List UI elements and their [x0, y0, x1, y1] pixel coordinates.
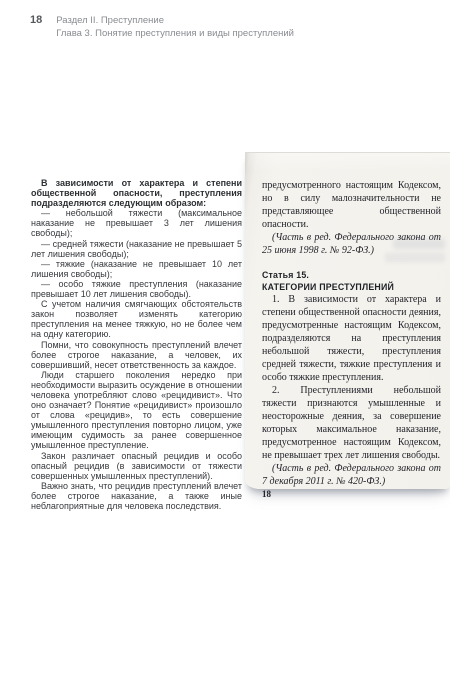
article-heading: Статья 15. КАТЕГОРИИ ПРЕСТУПЛЕНИЙ: [262, 269, 441, 293]
article-clause: 2. Преступлениями небольшой тяжести приз…: [262, 384, 441, 462]
category-list-item: — средней тяжести (наказание не превышае…: [31, 239, 242, 259]
header-page-number: 18: [30, 14, 42, 27]
body-paragraph: Люди старшего поколения нередко при необ…: [31, 370, 242, 451]
header-section-line: Раздел II. Преступление: [56, 14, 294, 27]
body-paragraph: Важно знать, что рецидив преступлений вл…: [31, 481, 242, 511]
category-list-item: — тяжкие (наказание не превышает 10 лет …: [31, 259, 242, 279]
body-paragraph: Закон различает опасный рецидив и особо …: [31, 451, 242, 481]
body-paragraph: Помни, что совокупность преступлений вле…: [31, 340, 242, 370]
article-title: КАТЕГОРИИ ПРЕСТУПЛЕНИЙ: [262, 281, 441, 293]
amendment-note: (Часть в ред. Федерального закона от 25 …: [262, 231, 441, 257]
header-breadcrumb: Раздел II. Преступление Глава 3. Понятие…: [56, 14, 294, 40]
category-list-item: — особо тяжкие преступления (наказание п…: [31, 279, 242, 299]
left-column: В зависимости от характера и степени общ…: [31, 178, 242, 511]
continuation-paragraph: предусмотренного настоящим Кодексом, но …: [262, 179, 441, 231]
body-paragraph: С учетом наличия смягчающих обстоятельст…: [31, 299, 242, 339]
running-header: 18 Раздел II. Преступление Глава 3. Поня…: [30, 14, 294, 40]
intro-paragraph: В зависимости от характера и степени общ…: [31, 178, 242, 208]
book-page-photo: предусмотренного настоящим Кодексом, но …: [245, 152, 450, 489]
category-list-item: — небольшой тяжести (максимальное наказа…: [31, 208, 242, 238]
book-page-number: 18: [262, 488, 441, 501]
amendment-note: (Часть в ред. Федерального закона от 7 д…: [262, 462, 441, 488]
header-chapter-line: Глава 3. Понятие преступления и виды пре…: [56, 27, 294, 40]
article-clause: 1. В зависимости от характера и степени …: [262, 293, 441, 384]
article-label: Статья 15.: [262, 269, 441, 281]
book-page-text: предусмотренного настоящим Кодексом, но …: [262, 179, 441, 501]
